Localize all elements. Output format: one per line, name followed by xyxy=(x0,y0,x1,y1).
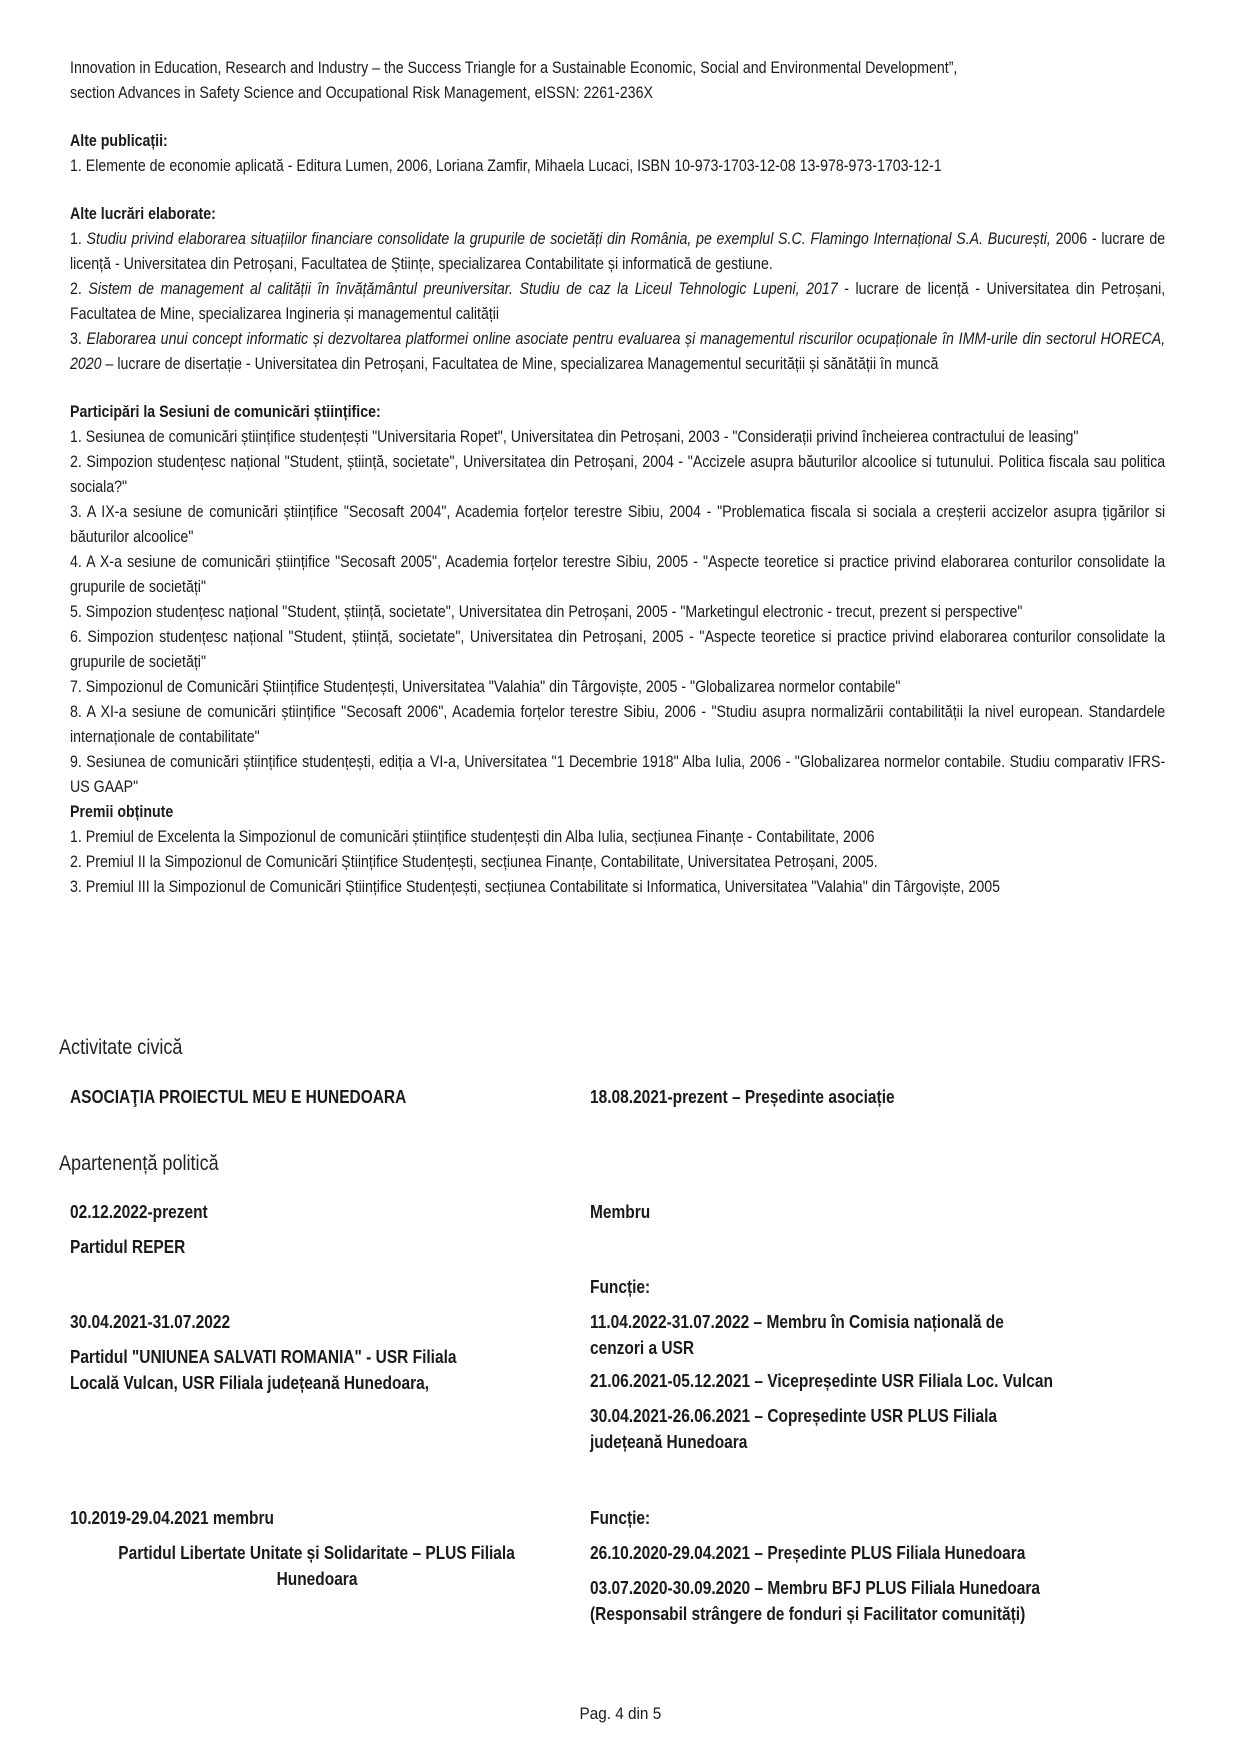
function-line: județeană Hunedoara xyxy=(590,1429,747,1455)
list-item: 7. Simpozionul de Comunicări Științifice… xyxy=(70,675,1165,700)
party-name-line: Partidul "UNIUNEA SALVATI ROMANIA" - USR… xyxy=(70,1344,457,1370)
political-period: 02.12.2022-prezent xyxy=(70,1199,570,1225)
party-name-line: Locală Vulcan, USR Filiala județeană Hun… xyxy=(70,1370,429,1396)
list-item: 1. Premiul de Excelenta la Simpozionul d… xyxy=(70,825,1165,850)
section-heading-alte-publicatii: Alte publicații: xyxy=(70,129,1165,154)
list-item: 6. Simpozion studențesc național "Studen… xyxy=(70,625,1165,675)
work-title: Sistem de management al calității în înv… xyxy=(88,280,837,298)
item-number: 1. xyxy=(70,230,87,248)
section-heading-premii: Premii obținute xyxy=(70,800,1165,825)
list-item: 3. A IX-a sesiune de comunicări științif… xyxy=(70,500,1165,550)
civic-role: 18.08.2021-prezent – Președinte asociați… xyxy=(590,1084,1150,1110)
function-line: 30.04.2021-26.06.2021 – Copreședinte USR… xyxy=(590,1403,997,1429)
political-party: Partidul Libertate Unitate și Solidarita… xyxy=(62,1540,572,1592)
list-item: 1. Studiu privind elaborarea situațiilor… xyxy=(70,227,1165,277)
period-text: 10.2019-29.04.2021 membru xyxy=(70,1505,274,1531)
function-item: 26.10.2020-29.04.2021 – Președinte PLUS … xyxy=(590,1540,1150,1566)
list-item: 3. Elaborarea unui concept informatic și… xyxy=(70,327,1165,377)
function-label-text: Funcție: xyxy=(590,1505,650,1531)
item-number: 3. xyxy=(70,330,87,348)
party-name-line: Hunedoara xyxy=(277,1566,358,1592)
function-item: 21.06.2021-05.12.2021 – Vicepreședinte U… xyxy=(590,1368,1150,1394)
organization-name: ASOCIAŢIA PROIECTUL MEU E HUNEDOARA xyxy=(70,1084,406,1110)
function-label: Funcție: xyxy=(590,1505,1150,1531)
function-label-text: Funcție: xyxy=(590,1274,650,1300)
function-line: 21.06.2021-05.12.2021 – Vicepreședinte U… xyxy=(590,1368,1053,1394)
function-line: cenzori a USR xyxy=(590,1335,694,1361)
page-number: Pag. 4 din 5 xyxy=(0,1704,1240,1724)
period-text: 02.12.2022-prezent xyxy=(70,1199,208,1225)
section-heading-participari: Participări la Sesiuni de comunicări ști… xyxy=(70,400,1165,425)
political-status: Membru xyxy=(590,1199,1150,1225)
work-title: Studiu privind elaborarea situațiilor fi… xyxy=(87,230,1051,248)
function-item: 11.04.2022-31.07.2022 – Membru în Comisi… xyxy=(590,1309,1150,1361)
function-line: (Responsabil strângere de fonduri și Fac… xyxy=(590,1601,1025,1627)
document-body: Innovation in Education, Research and In… xyxy=(70,56,1165,900)
function-label: Funcție: xyxy=(590,1274,1150,1300)
section-heading-alte-lucrari: Alte lucrări elaborate: xyxy=(70,202,1165,227)
list-item: 1. Elemente de economie aplicată - Editu… xyxy=(70,154,1165,179)
role-text: 18.08.2021-prezent – Președinte asociați… xyxy=(590,1084,895,1110)
work-details: – lucrare de disertație - Universitatea … xyxy=(102,355,939,373)
list-item: 2. Simpozion studențesc național "Studen… xyxy=(70,450,1165,500)
section-title-apartenenta-politica: Apartenență politică xyxy=(59,1152,245,1176)
civic-organization: ASOCIAŢIA PROIECTUL MEU E HUNEDOARA xyxy=(70,1084,570,1110)
party-name: Partidul REPER xyxy=(70,1234,185,1260)
section-title-text: Activitate civică xyxy=(59,1036,182,1060)
function-line: 11.04.2022-31.07.2022 – Membru în Comisi… xyxy=(590,1309,1004,1335)
political-period: 10.2019-29.04.2021 membru xyxy=(70,1505,570,1531)
list-item: 2. Premiul II la Simpozionul de Comunică… xyxy=(70,850,1165,875)
list-item: 8. A XI-a sesiune de comunicări științif… xyxy=(70,700,1165,750)
intro-line: section Advances in Safety Science and O… xyxy=(70,81,1165,106)
list-item: 3. Premiul III la Simpozionul de Comunic… xyxy=(70,875,1165,900)
page-number-text: Pag. 4 din 5 xyxy=(579,1704,661,1724)
political-party: Partidul "UNIUNEA SALVATI ROMANIA" - USR… xyxy=(70,1344,570,1396)
list-item: 5. Simpozion studențesc național "Studen… xyxy=(70,600,1165,625)
status-text: Membru xyxy=(590,1199,650,1225)
function-item: 03.07.2020-30.09.2020 – Membru BFJ PLUS … xyxy=(590,1575,1150,1627)
political-period: 30.04.2021-31.07.2022 xyxy=(70,1309,570,1335)
intro-line: Innovation in Education, Research and In… xyxy=(70,56,1165,81)
list-item: 2. Sistem de management al calității în … xyxy=(70,277,1165,327)
period-text: 30.04.2021-31.07.2022 xyxy=(70,1309,230,1335)
section-title-text: Apartenență politică xyxy=(59,1152,219,1176)
item-number: 2. xyxy=(70,280,88,298)
function-item: 30.04.2021-26.06.2021 – Copreședinte USR… xyxy=(590,1403,1150,1455)
list-item: 9. Sesiunea de comunicări științifice st… xyxy=(70,750,1165,800)
function-line: 26.10.2020-29.04.2021 – Președinte PLUS … xyxy=(590,1540,1025,1566)
list-item: 4. A X-a sesiune de comunicări științifi… xyxy=(70,550,1165,600)
political-party: Partidul REPER xyxy=(70,1234,570,1260)
party-name-line: Partidul Libertate Unitate și Solidarita… xyxy=(119,1540,516,1566)
list-item: 1. Sesiunea de comunicări științifice st… xyxy=(70,425,1165,450)
function-line: 03.07.2020-30.09.2020 – Membru BFJ PLUS … xyxy=(590,1575,1040,1601)
section-title-activitate-civica: Activitate civică xyxy=(59,1036,203,1060)
